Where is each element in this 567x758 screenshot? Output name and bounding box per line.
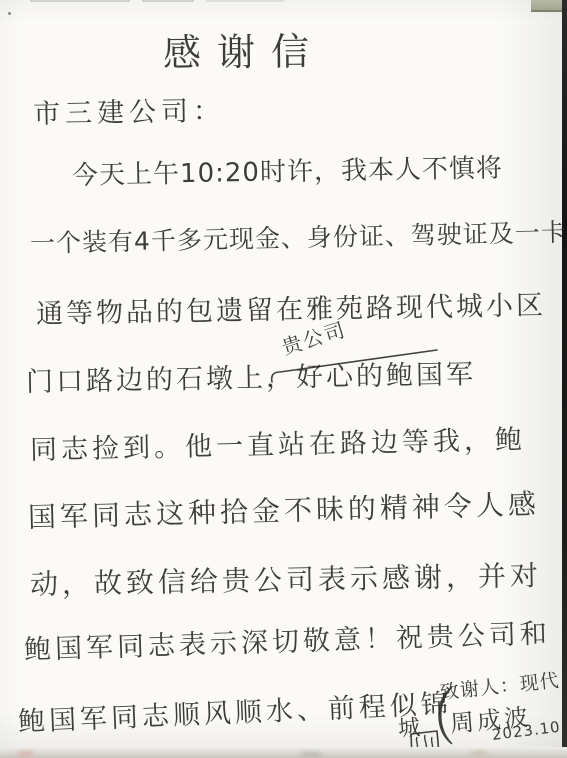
handwritten-line: 一个装有4千多元现金、身份证、驾驶证及一卡 <box>30 213 567 260</box>
letter-salutation: 市三建公司： <box>33 89 226 131</box>
photo-top-edge-artifact <box>142 0 194 2</box>
handwritten-line: 门口路边的石墩上，好心的鲍国军 <box>26 352 477 399</box>
handwritten-line: 通等物品的包遗留在雅苑路现代城小区 <box>36 283 547 331</box>
letter-title: 感谢信 <box>163 21 325 77</box>
handwritten-line: 鲍国军同志顺风顺水、前程似锦 <box>17 682 452 739</box>
photo-speck <box>8 12 11 15</box>
handwritten-line: 国军同志这种拾金不昧的精神令人感 <box>27 483 540 536</box>
photo-right-edge <box>562 0 567 758</box>
photo-blotch <box>18 751 34 757</box>
photo-top-edge-artifact <box>30 0 130 2</box>
handwritten-line: 同志捡到。他一直站在路边等我，鲍 <box>30 418 527 467</box>
background-object-top-right <box>531 0 564 12</box>
letter-photo: 感谢信 市三建公司： 今天上午10:20时许，我本人不慎将 一个装有4千多元现金… <box>0 0 567 758</box>
photo-blotch <box>470 751 488 757</box>
handwritten-line: 鲍国军同志表示深切敬意！祝贵公司和 <box>23 611 551 667</box>
handwritten-line: 今天上午10:20时许，我本人不慎将 <box>72 147 504 192</box>
photo-bottom-edge <box>0 747 567 758</box>
handwritten-line: 动，故致信给贵公司表示感谢，并对 <box>30 554 543 603</box>
photo-top-edge-artifact <box>206 0 284 2</box>
photo-blotch <box>300 752 322 758</box>
